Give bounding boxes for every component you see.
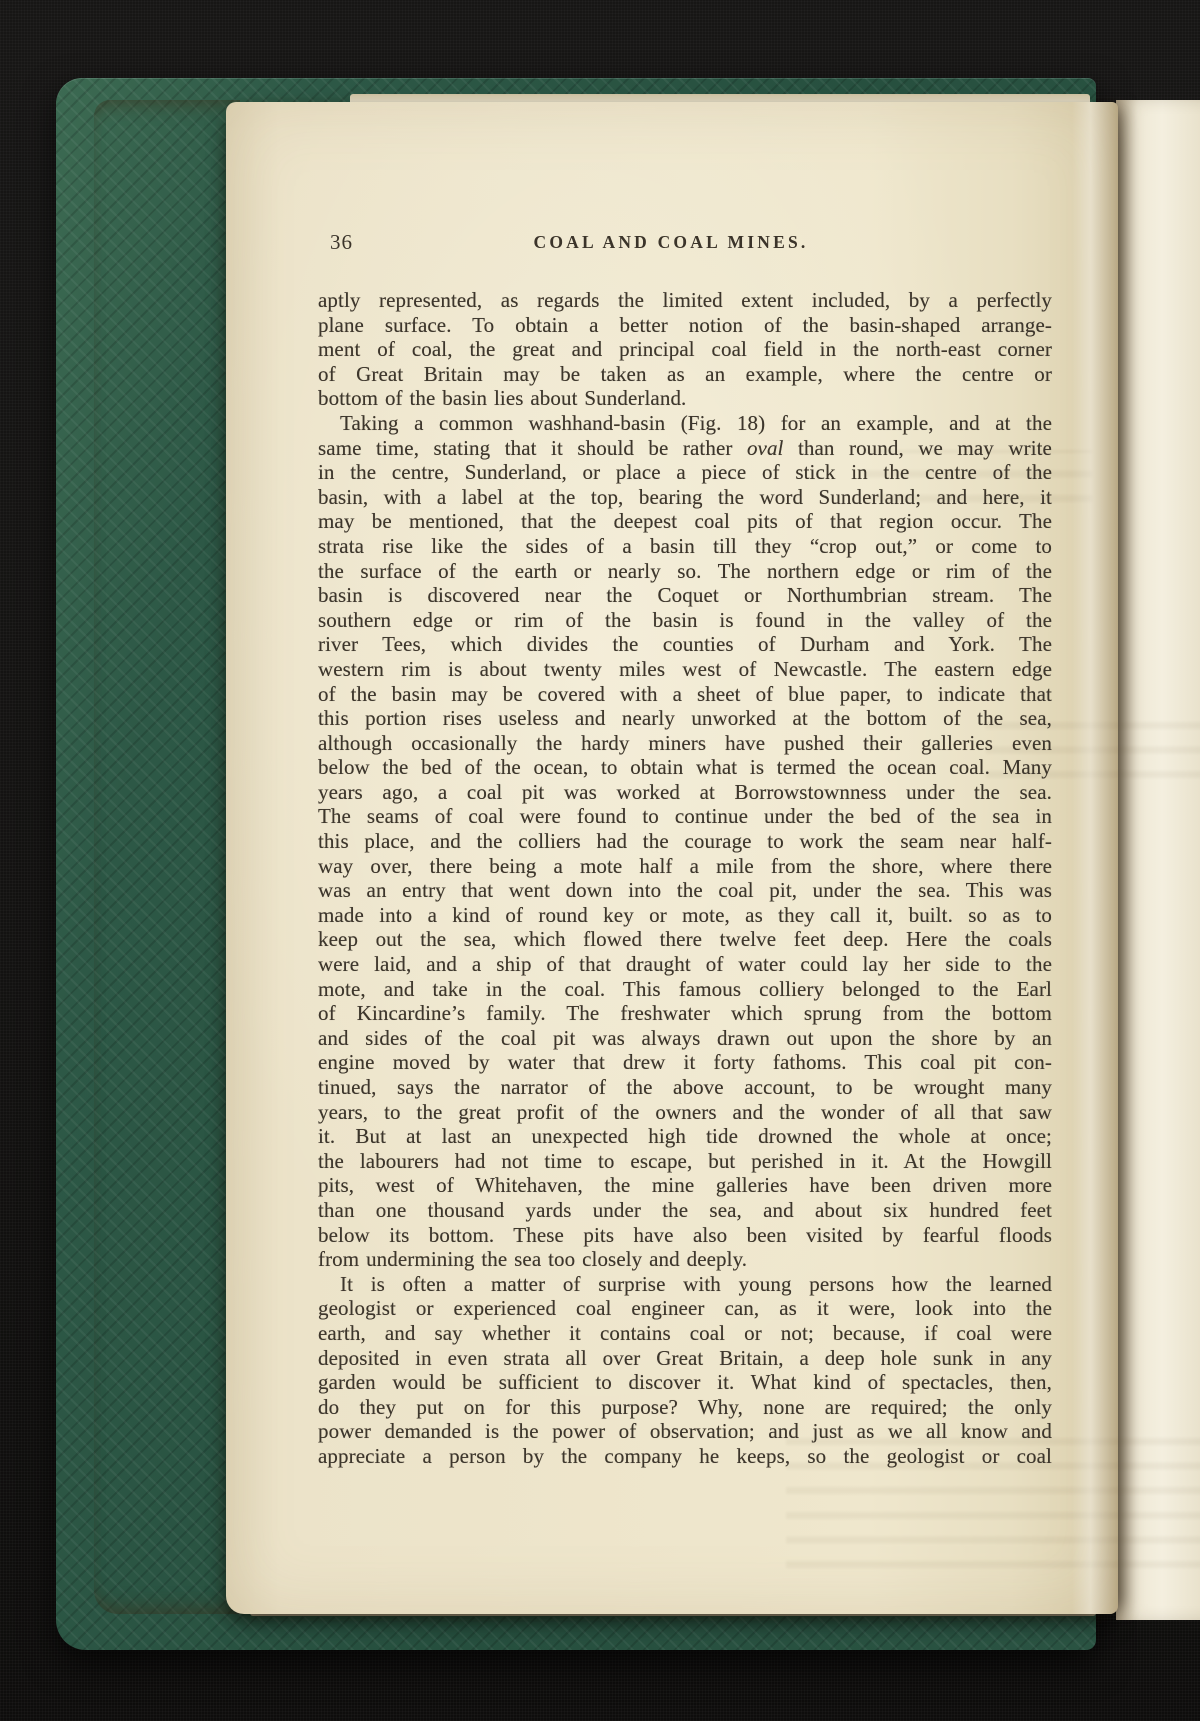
text-line: of Great Britain may be taken as an exam… xyxy=(318,362,1052,387)
text-line: was an entry that went down into the coa… xyxy=(318,878,1052,903)
text-line: below the bed of the ocean, to obtain wh… xyxy=(318,755,1052,780)
text-line: pits, west of Whitehaven, the mine galle… xyxy=(318,1173,1052,1198)
text-line: made into a kind of round key or mote, a… xyxy=(318,903,1052,928)
text-line: deposited in even strata all over Great … xyxy=(318,1346,1052,1371)
text-line: in the centre, Sunderland, or place a pi… xyxy=(318,460,1052,485)
text-line: western rim is about twenty miles west o… xyxy=(318,657,1052,682)
text-line: bottom of the basin lies about Sunderlan… xyxy=(318,386,1052,411)
text-line: garden would be sufficient to discover i… xyxy=(318,1370,1052,1395)
text-line: and sides of the coal pit was always dra… xyxy=(318,1026,1052,1051)
text-line: aptly represented, as regards the limite… xyxy=(318,288,1052,313)
text-line: of Kincardine’s family. The freshwater w… xyxy=(318,1001,1052,1026)
text-line: the surface of the earth or nearly so. T… xyxy=(318,559,1052,584)
text-line: tinued, says the narrator of the above a… xyxy=(318,1075,1052,1100)
text-line: it. But at last an unexpected high tide … xyxy=(318,1124,1052,1149)
text-line: Taking a common washhand-basin (Fig. 18)… xyxy=(318,411,1052,436)
text-line: power demanded is the power of observati… xyxy=(318,1419,1052,1444)
facing-page-sliver xyxy=(1116,100,1200,1620)
text-line: ment of coal, the great and principal co… xyxy=(318,337,1052,362)
text-line: basin is discovered near the Coquet or N… xyxy=(318,583,1052,608)
text-line: same time, stating that it should be rat… xyxy=(318,436,1052,461)
text-line: river Tees, which divides the counties o… xyxy=(318,632,1052,657)
running-header: COAL AND COAL MINES. xyxy=(304,232,1038,253)
text-line: strata rise like the sides of a basin ti… xyxy=(318,534,1052,559)
page-text: aptly represented, as regards the limite… xyxy=(318,288,1052,1469)
text-line: mote, and take in the coal. This famous … xyxy=(318,977,1052,1002)
text-line: were laid, and a ship of that draught of… xyxy=(318,952,1052,977)
paragraph: It is often a matter of surprise with yo… xyxy=(318,1272,1052,1469)
paragraph: Taking a common washhand-basin (Fig. 18)… xyxy=(318,411,1052,1272)
text-line: of the basin may be covered with a sheet… xyxy=(318,682,1052,707)
text-line: plane surface. To obtain a better notion… xyxy=(318,313,1052,338)
paragraph: aptly represented, as regards the limite… xyxy=(318,288,1052,411)
book-page: 36 COAL AND COAL MINES. aptly represente… xyxy=(226,102,1118,1614)
text-line: way over, there being a mote half a mile… xyxy=(318,854,1052,879)
text-line: may be mentioned, that the deepest coal … xyxy=(318,509,1052,534)
text-line: basin, with a label at the top, bearing … xyxy=(318,485,1052,510)
text-segment: than round, we may write xyxy=(784,436,1052,460)
text-line: from undermining the sea too closely and… xyxy=(318,1247,1052,1272)
text-line: years ago, a coal pit was worked at Borr… xyxy=(318,780,1052,805)
text-line: geologist or experienced coal engineer c… xyxy=(318,1296,1052,1321)
text-line: years, to the great profit of the owners… xyxy=(318,1100,1052,1125)
text-line: appreciate a person by the company he ke… xyxy=(318,1444,1052,1469)
text-line: keep out the sea, which flowed there twe… xyxy=(318,927,1052,952)
text-line: southern edge or rim of the basin is fou… xyxy=(318,608,1052,633)
italic-word: oval xyxy=(747,436,784,460)
text-segment: same time, stating that it should be rat… xyxy=(318,436,747,460)
text-line: It is often a matter of surprise with yo… xyxy=(318,1272,1052,1297)
text-line: below its bottom. These pits have also b… xyxy=(318,1223,1052,1248)
running-head-row: 36 COAL AND COAL MINES. xyxy=(318,230,1052,258)
text-line: this place, and the colliers had the cou… xyxy=(318,829,1052,854)
text-line: although occasionally the hardy miners h… xyxy=(318,731,1052,756)
text-line: this portion rises useless and nearly un… xyxy=(318,706,1052,731)
text-line: engine moved by water that drew it forty… xyxy=(318,1050,1052,1075)
text-line: do they put on for this purpose? Why, no… xyxy=(318,1395,1052,1420)
text-line: earth, and say whether it contains coal … xyxy=(318,1321,1052,1346)
text-line: the labourers had not time to escape, bu… xyxy=(318,1149,1052,1174)
page-edge-stack xyxy=(94,100,240,1614)
photo-backdrop: 36 COAL AND COAL MINES. aptly represente… xyxy=(0,0,1200,1721)
text-line: The seams of coal were found to continue… xyxy=(318,804,1052,829)
text-line: than one thousand yards under the sea, a… xyxy=(318,1198,1052,1223)
